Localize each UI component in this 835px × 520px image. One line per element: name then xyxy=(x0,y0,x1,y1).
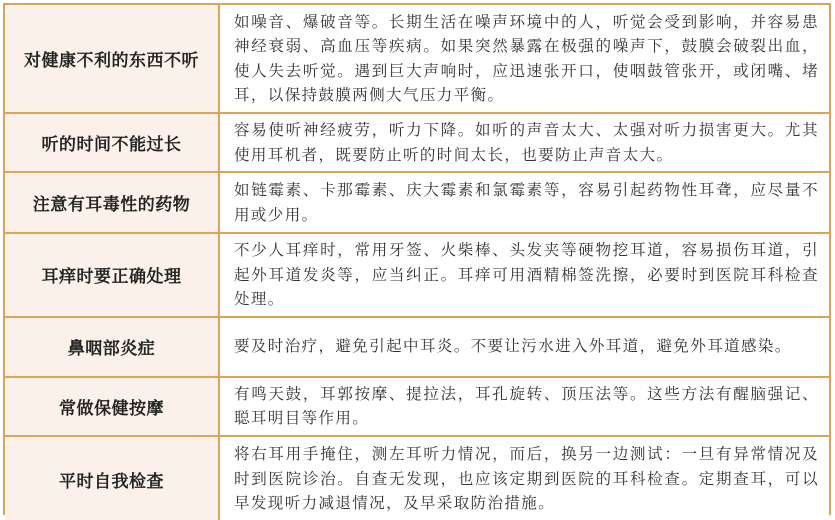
row-description: 有鸣天鼓，耳郭按摩、提拉法，耳孔旋转、顶压法等。这些方法有醒脑强记、聪耳明目等作… xyxy=(219,377,829,436)
row-label: 听的时间不能过长 xyxy=(5,113,219,172)
row-description: 要及时治疗，避免引起中耳炎。不要让污水进入外耳道，避免外耳道感染。 xyxy=(219,317,829,377)
row-description: 如噪音、爆破音等。长期生活在噪声环境中的人，听觉会受到影响，并容易患神经衰弱、高… xyxy=(219,5,829,113)
table-row: 鼻咽部炎症 要及时治疗，避免引起中耳炎。不要让污水进入外耳道，避免外耳道感染。 xyxy=(5,317,829,377)
row-description: 容易使听神经疲劳，听力下降。如听的声音太大、太强对听力损害更大。尤其使用耳机者，… xyxy=(219,113,829,172)
row-label: 常做保健按摩 xyxy=(5,377,219,436)
row-description: 如链霉素、卡那霉素、庆大霉素和氯霉素等，容易引起药物性耳聋，应尽量不用或少用。 xyxy=(219,172,829,233)
row-description: 将右耳用手掩住，测左耳听力情况，而后，换另一边测试：一旦有异常情况及时到医院诊治… xyxy=(219,436,829,520)
row-description: 不少人耳痒时，常用牙签、火柴棒、头发夹等硬物挖耳道，容易损伤耳道，引起外耳道发炎… xyxy=(219,233,829,317)
table-row: 耳痒时要正确处理 不少人耳痒时，常用牙签、火柴棒、头发夹等硬物挖耳道，容易损伤耳… xyxy=(5,233,829,317)
ear-care-grid: 对健康不利的东西不听 如噪音、爆破音等。长期生活在噪声环境中的人，听觉会受到影响… xyxy=(5,5,829,520)
table-row: 注意有耳毒性的药物 如链霉素、卡那霉素、庆大霉素和氯霉素等，容易引起药物性耳聋，… xyxy=(5,172,829,233)
table-row: 听的时间不能过长 容易使听神经疲劳，听力下降。如听的声音太大、太强对听力损害更大… xyxy=(5,113,829,172)
row-label: 注意有耳毒性的药物 xyxy=(5,172,219,233)
row-label: 平时自我检查 xyxy=(5,436,219,520)
table-row: 平时自我检查 将右耳用手掩住，测左耳听力情况，而后，换另一边测试：一旦有异常情况… xyxy=(5,436,829,520)
table-row: 对健康不利的东西不听 如噪音、爆破音等。长期生活在噪声环境中的人，听觉会受到影响… xyxy=(5,5,829,113)
ear-care-table: 对健康不利的东西不听 如噪音、爆破音等。长期生活在噪声环境中的人，听觉会受到影响… xyxy=(3,3,831,515)
row-label: 鼻咽部炎症 xyxy=(5,317,219,377)
table-row: 常做保健按摩 有鸣天鼓，耳郭按摩、提拉法，耳孔旋转、顶压法等。这些方法有醒脑强记… xyxy=(5,377,829,436)
row-label: 耳痒时要正确处理 xyxy=(5,233,219,317)
row-label: 对健康不利的东西不听 xyxy=(5,5,219,113)
